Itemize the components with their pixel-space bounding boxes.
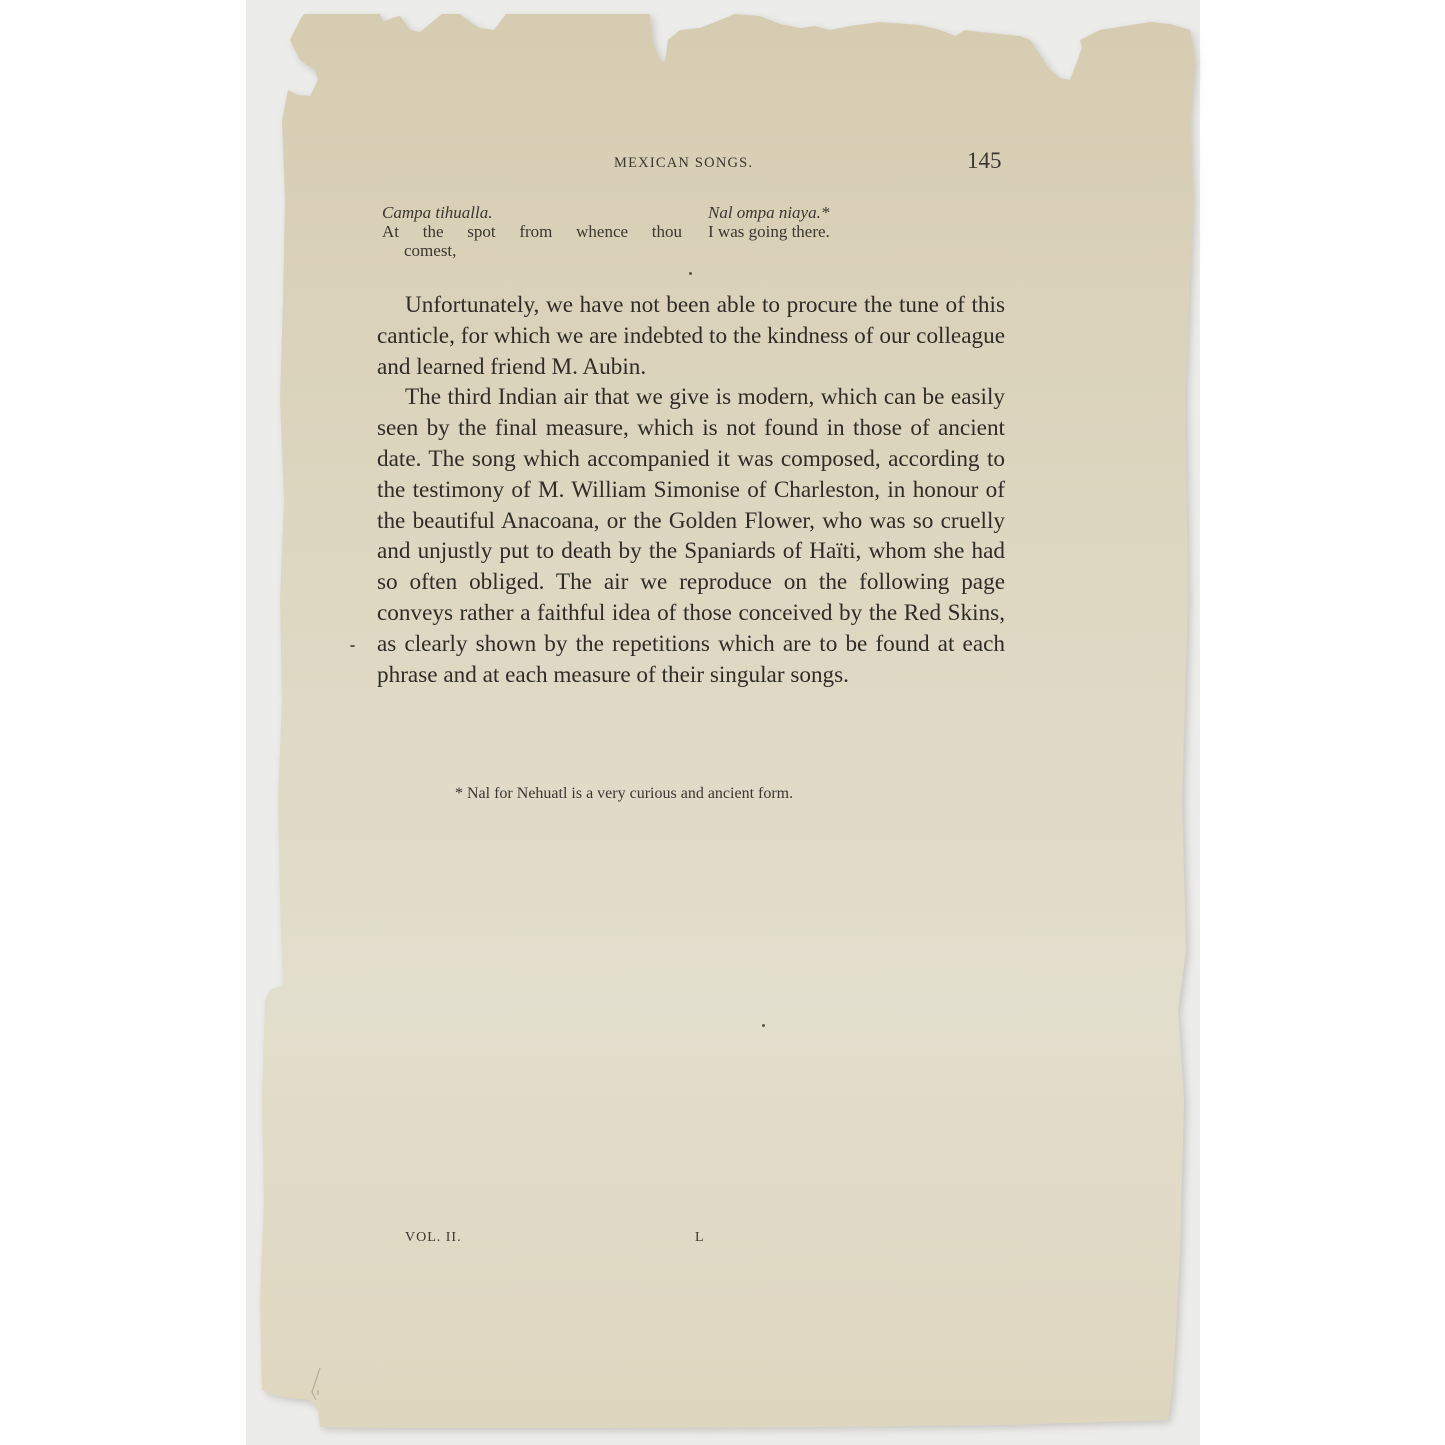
verse-native-left: Campa tihualla. [382, 203, 687, 222]
paragraph: The third Indian air that we give is mod… [377, 382, 1005, 690]
verse-native-right: Nal ompa niaya.* [708, 203, 908, 222]
verse-translation-right: I was going there. [708, 222, 908, 241]
verse-translation-left: At the spot from whence thou [382, 222, 682, 241]
paragraph: Unfortunately, we have not been able to … [377, 290, 1005, 382]
volume-signature: VOL. II. [405, 1230, 462, 1246]
gathering-signature: L [695, 1230, 704, 1246]
verse-right-column: Nal ompa niaya.* I was going there. [708, 203, 908, 241]
page-content: MEXICAN SONGS. 145 Campa tihualla. At th… [0, 0, 1445, 1445]
verse-left-column: Campa tihualla. At the spot from whence … [382, 203, 687, 260]
paper-speck [762, 1024, 765, 1027]
paper-speck [689, 272, 692, 275]
verse-translation-left-continued: comest, [382, 241, 687, 260]
page-number: 145 [967, 148, 1002, 174]
running-head: MEXICAN SONGS. [614, 155, 753, 172]
paper-speck [350, 645, 355, 647]
body-text: Unfortunately, we have not been able to … [377, 290, 1005, 690]
footnote: * Nal for Nehuatl is a very curious and … [455, 785, 793, 803]
